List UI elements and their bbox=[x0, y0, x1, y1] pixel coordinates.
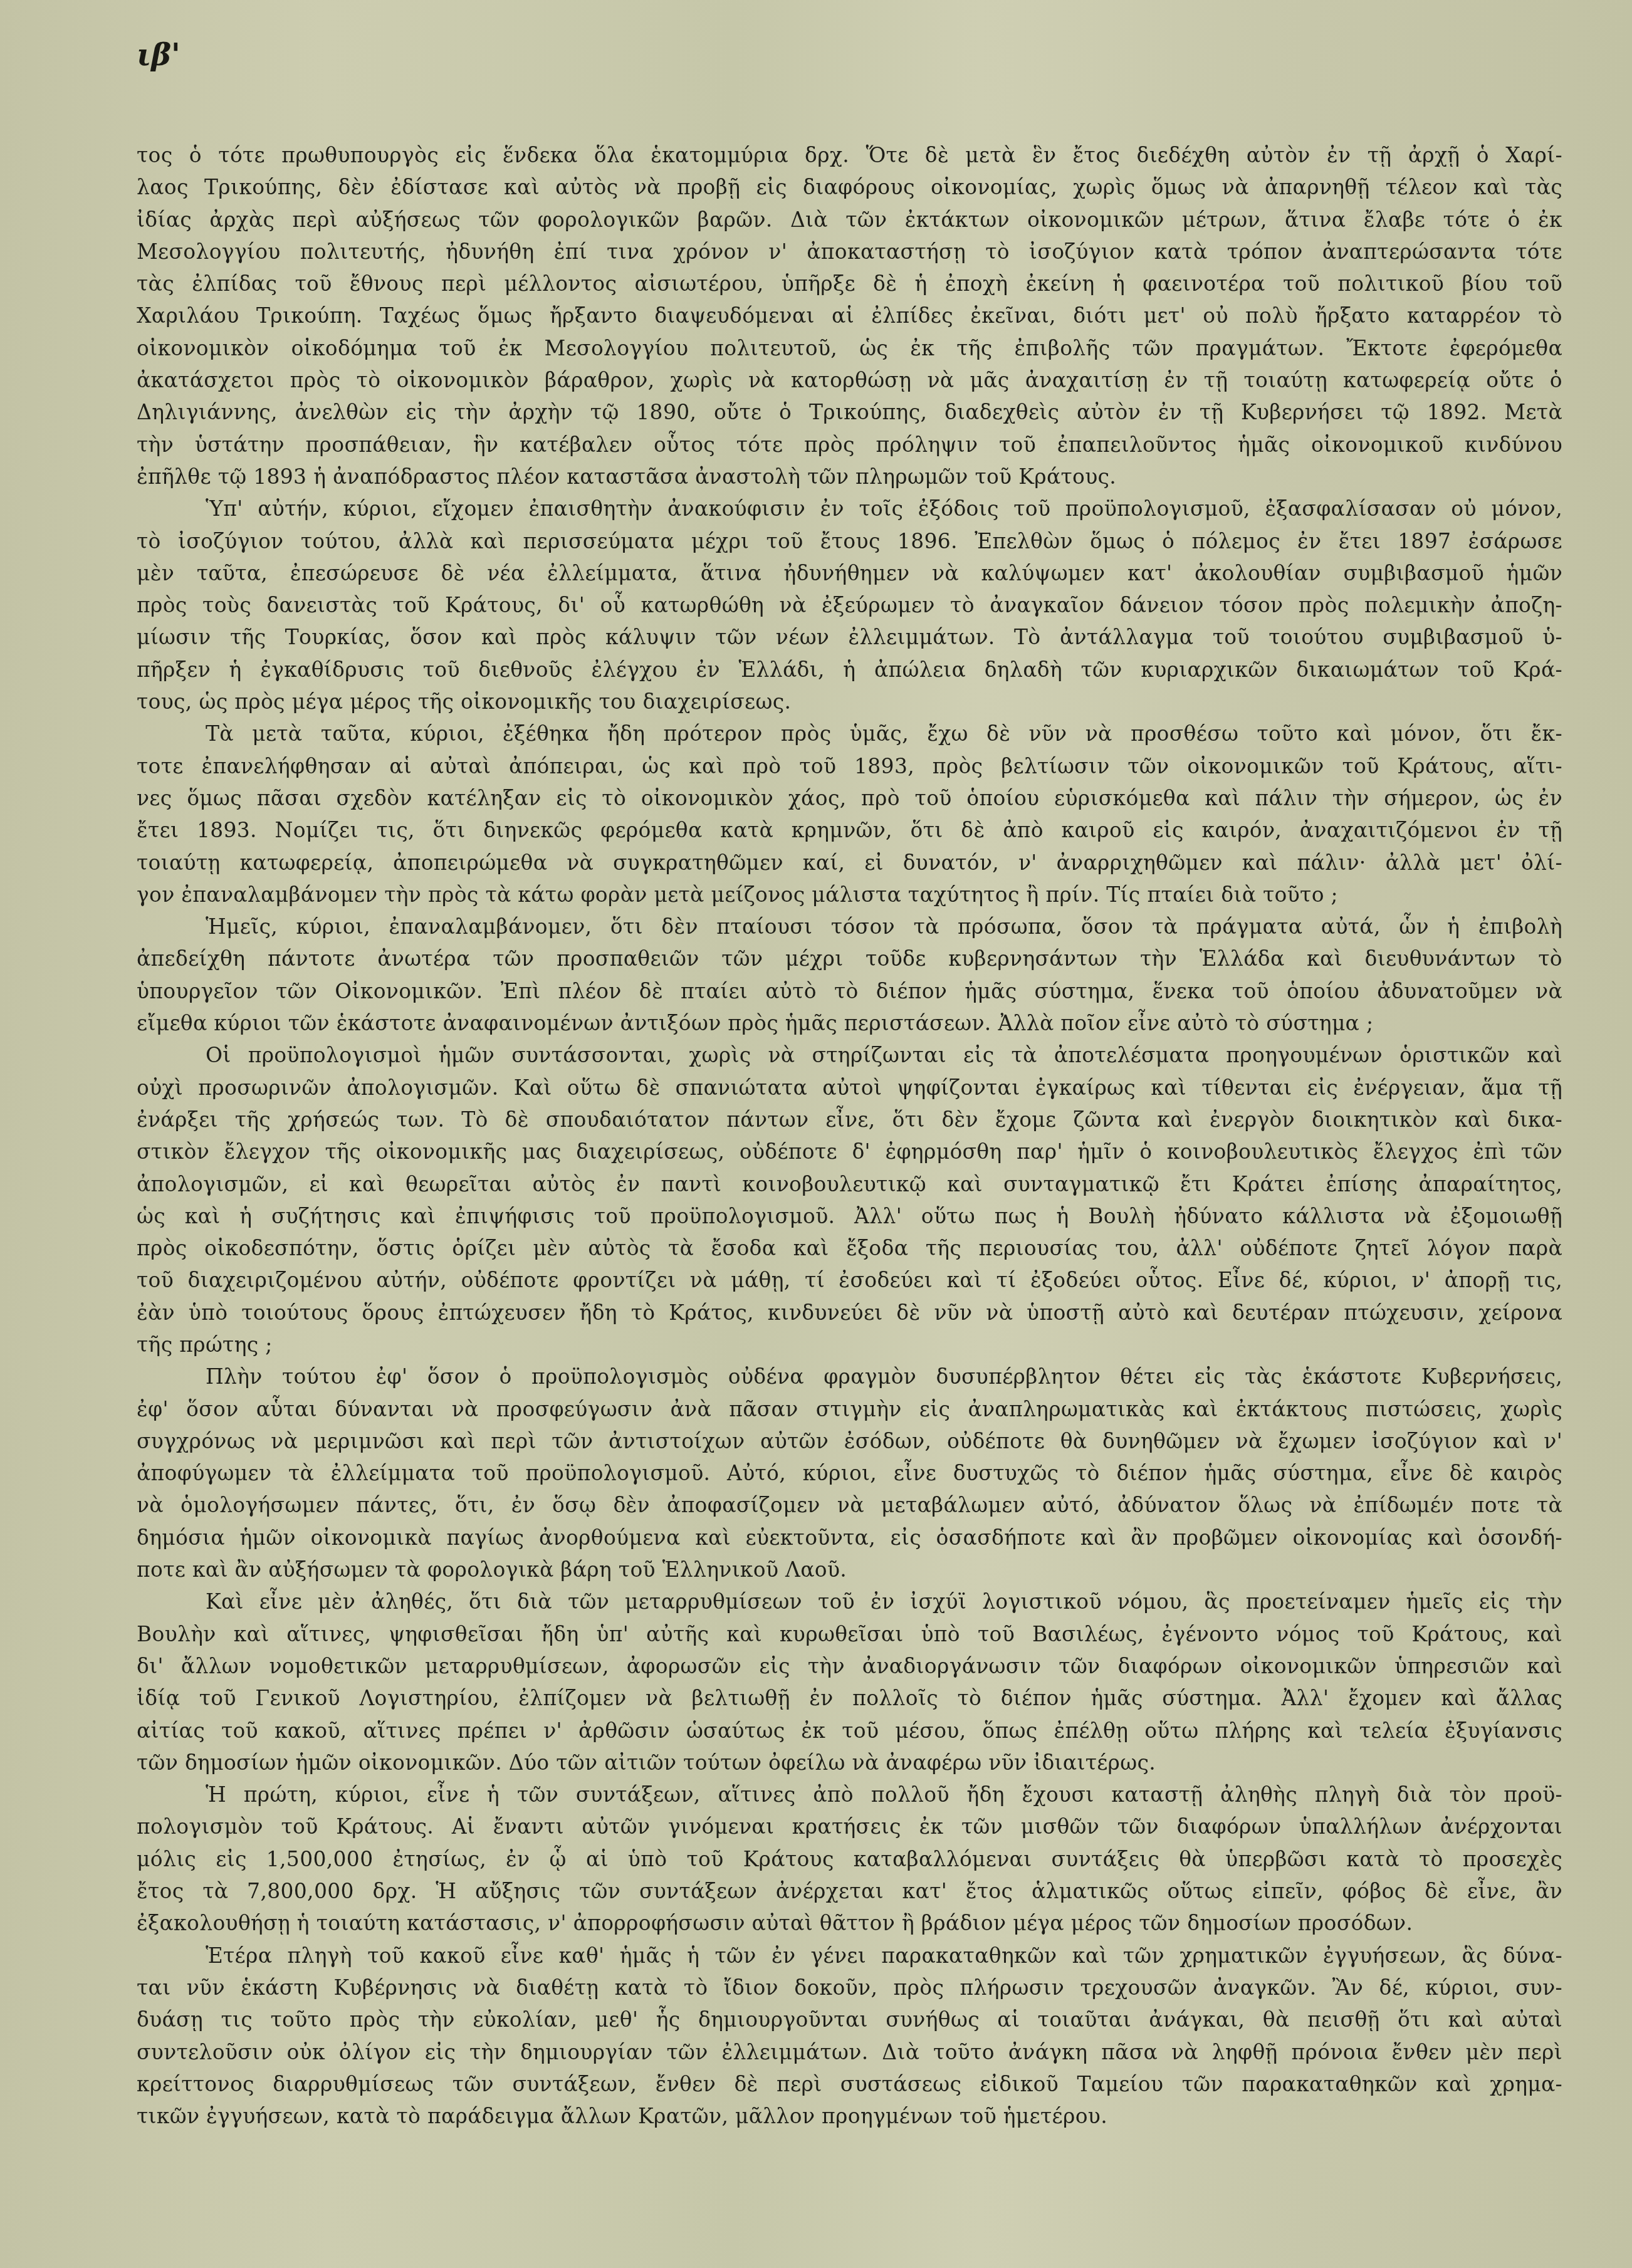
paragraph-2: Ὑπ' αὐτήν, κύριοι, εἴχομεν ἐπαισθητὴν ἀν… bbox=[137, 493, 1562, 718]
text-line: Βουλὴν καὶ αἵτινες, ψηφισθεῖσαι ἤδη ὑπ' … bbox=[137, 1618, 1562, 1650]
text-line: οὐχὶ προσωρινῶν ἀπολογισμῶν. Καὶ οὕτω δὲ… bbox=[137, 1072, 1562, 1104]
paragraph-9: Ἑτέρα πληγὴ τοῦ κακοῦ εἶνε καθ' ἡμᾶς ἡ τ… bbox=[137, 1940, 1562, 2133]
text-line: Οἱ προϋπολογισμοὶ ἡμῶν συντάσσονται, χωρ… bbox=[137, 1039, 1562, 1071]
text-line: κρείττονος διαρρυθμίσεως τῶν συντάξεων, … bbox=[137, 2068, 1562, 2100]
text-line: μὲν ταῦτα, ἐπεσώρευσε δὲ νέα ἐλλείμματα,… bbox=[137, 557, 1562, 589]
text-line: ἀποφύγωμεν τὰ ἐλλείμματα τοῦ προϋπολογισ… bbox=[137, 1457, 1562, 1489]
text-line: πολογισμὸν τοῦ Κράτους. Αἱ ἔναντι αὐτῶν … bbox=[137, 1811, 1562, 1842]
text-line: νὰ ὁμολογήσωμεν πάντες, ὅτι, ἐν ὅσῳ δὲν … bbox=[137, 1489, 1562, 1521]
text-line: πρὸς οἰκοδεσπότην, ὅστις ὁρίζει μὲν αὐτὸ… bbox=[137, 1232, 1562, 1264]
text-line: πῆρξεν ἡ ἐγκαθίδρυσις τοῦ διεθνοῦς ἐλέγχ… bbox=[137, 654, 1562, 686]
text-line: τοτε ἐπανελήφθησαν αἱ αὐταὶ ἀπόπειραι, ὡ… bbox=[137, 750, 1562, 782]
text-line: Χαριλάου Τρικούπη. Ταχέως ὅμως ἤρξαντο δ… bbox=[137, 300, 1562, 332]
text-line: συντελοῦσιν οὐκ ὀλίγον εἰς τὴν δημιουργί… bbox=[137, 2036, 1562, 2068]
text-line: ἐνάρξει τῆς χρήσεώς των. Τὸ δὲ σπουδαιότ… bbox=[137, 1104, 1562, 1136]
text-line: τοιαύτῃ κατωφερείᾳ, ἀποπειρώμεθα νὰ συγκ… bbox=[137, 847, 1562, 879]
text-line: τὴν ὑστάτην προσπάθειαν, ἣν κατέβαλεν οὗ… bbox=[137, 429, 1562, 461]
text-line: τικῶν ἐγγυήσεων, κατὰ τὸ παράδειγμα ἄλλω… bbox=[137, 2100, 1562, 2132]
text-line: ἐφ' ὅσον αὗται δύνανται νὰ προσφεύγωσιν … bbox=[137, 1393, 1562, 1425]
text-line: ἀπολογισμῶν, εἰ καὶ θεωρεῖται αὐτὸς ἐν π… bbox=[137, 1168, 1562, 1200]
text-line: εἴμεθα κύριοι τῶν ἑκάστοτε ἀναφαινομένων… bbox=[137, 1007, 1562, 1039]
text-line: δι' ἄλλων νομοθετικῶν μεταρρυθμίσεων, ἀφ… bbox=[137, 1650, 1562, 1682]
text-line: δημόσια ἡμῶν οἰκονομικὰ παγίως ἀνορθούμε… bbox=[137, 1522, 1562, 1554]
text-line: αἰτίας τοῦ κακοῦ, αἵτινες πρέπει ν' ἀρθῶ… bbox=[137, 1715, 1562, 1747]
text-line: Μεσολογγίου πολιτευτής, ἠδυνήθη ἐπί τινα… bbox=[137, 236, 1562, 268]
paragraph-5: Οἱ προϋπολογισμοὶ ἡμῶν συντάσσονται, χωρ… bbox=[137, 1039, 1562, 1361]
text-line: ποτε καὶ ἂν αὐξήσωμεν τὰ φορολογικὰ βάρη… bbox=[137, 1554, 1562, 1586]
text-line: λαος Τρικούπης, δὲν ἐδίστασε καὶ αὐτὸς ν… bbox=[137, 171, 1562, 203]
text-line: γον ἐπαναλαμβάνομεν τὴν πρὸς τὰ κάτω φορ… bbox=[137, 879, 1562, 911]
text-line: ἀπεδείχθη πάντοτε ἀνωτέρα τῶν προσπαθειῶ… bbox=[137, 943, 1562, 975]
text-line: μόλις εἰς 1,500,000 ἐτησίως, ἐν ᾧ αἱ ὑπὸ… bbox=[137, 1843, 1562, 1875]
text-line: τὰς ἐλπίδας τοῦ ἔθνους περὶ μέλλοντος αἰ… bbox=[137, 268, 1562, 300]
text-line: Πλὴν τούτου ἐφ' ὅσον ὁ προϋπολογισμὸς οὐ… bbox=[137, 1361, 1562, 1393]
body-text: τος ὁ τότε πρωθυπουργὸς εἰς ἕνδεκα ὅλα ἑ… bbox=[137, 139, 1562, 2132]
paragraph-1: τος ὁ τότε πρωθυπουργὸς εἰς ἕνδεκα ὅλα ἑ… bbox=[137, 139, 1562, 493]
text-line: τος ὁ τότε πρωθυπουργὸς εἰς ἕνδεκα ὅλα ἑ… bbox=[137, 139, 1562, 171]
text-line: Ἑτέρα πληγὴ τοῦ κακοῦ εἶνε καθ' ἡμᾶς ἡ τ… bbox=[137, 1940, 1562, 1972]
text-line: συγχρόνως νὰ μεριμνῶσι καὶ περὶ τῶν ἀντι… bbox=[137, 1425, 1562, 1457]
page-number: ιβ' bbox=[137, 38, 180, 73]
text-line: Καὶ εἶνε μὲν ἀληθές, ὅτι διὰ τῶν μεταρρυ… bbox=[137, 1586, 1562, 1617]
text-line: ἀκατάσχετοι πρὸς τὸ οἰκονομικὸν βάραθρον… bbox=[137, 364, 1562, 396]
text-line: ἐπῆλθε τῷ 1893 ἡ ἀναπόδραστος πλέον κατα… bbox=[137, 461, 1562, 493]
text-line: τὸ ἰσοζύγιον τούτου, ἀλλὰ καὶ περισσεύμα… bbox=[137, 525, 1562, 557]
text-line: ἐὰν ὑπὸ τοιούτους ὅρους ἐπτώχευσεν ἤδη τ… bbox=[137, 1297, 1562, 1329]
paragraph-6: Πλὴν τούτου ἐφ' ὅσον ὁ προϋπολογισμὸς οὐ… bbox=[137, 1361, 1562, 1586]
text-line: ἰδίᾳ τοῦ Γενικοῦ Λογιστηρίου, ἐλπίζομεν … bbox=[137, 1682, 1562, 1714]
text-line: δυάσῃ τις τοῦτο πρὸς τὴν εὐκολίαν, μεθ' … bbox=[137, 2004, 1562, 2035]
text-line: τους, ὡς πρὸς μέγα μέρος τῆς οἰκονομικῆς… bbox=[137, 686, 1562, 718]
text-line: Τὰ μετὰ ταῦτα, κύριοι, ἐξέθηκα ἤδη πρότε… bbox=[137, 718, 1562, 750]
text-line: Ὑπ' αὐτήν, κύριοι, εἴχομεν ἐπαισθητὴν ἀν… bbox=[137, 493, 1562, 525]
text-line: Ἡμεῖς, κύριοι, ἐπαναλαμβάνομεν, ὅτι δὲν … bbox=[137, 911, 1562, 943]
text-line: ἰδίας ἀρχὰς περὶ αὐξήσεως τῶν φορολογικῶ… bbox=[137, 204, 1562, 236]
text-line: ἔτος τὰ 7,800,000 δρχ. Ἡ αὔξησις τῶν συν… bbox=[137, 1875, 1562, 1907]
text-line: στικὸν ἔλεγχον τῆς οἰκονομικῆς μας διαχε… bbox=[137, 1136, 1562, 1168]
text-line: Ἡ πρώτη, κύριοι, εἶνε ἡ τῶν συντάξεων, α… bbox=[137, 1779, 1562, 1811]
text-line: ἐξακολουθήσῃ ἡ τοιαύτη κατάστασις, ν' ἀπ… bbox=[137, 1907, 1562, 1939]
text-line: ὑπουργεῖον τῶν Οἰκονομικῶν. Ἐπὶ πλέον δὲ… bbox=[137, 975, 1562, 1007]
text-line: ἔτει 1893. Νομίζει τις, ὅτι διηνεκῶς φερ… bbox=[137, 814, 1562, 846]
text-line: τῆς πρώτης ; bbox=[137, 1329, 1562, 1361]
text-line: τῶν δημοσίων ἡμῶν οἰκονομικῶν. Δύο τῶν α… bbox=[137, 1747, 1562, 1779]
text-line: Δηλιγιάννης, ἀνελθὼν εἰς τὴν ἀρχὴν τῷ 18… bbox=[137, 396, 1562, 428]
text-line: νες ὅμως πᾶσαι σχεδὸν κατέληξαν εἰς τὸ ο… bbox=[137, 782, 1562, 814]
text-line: ται νῦν ἑκάστη Κυβέρνησις νὰ διαθέτῃ κατ… bbox=[137, 1972, 1562, 2004]
text-line: ὡς καὶ ἡ συζήτησις καὶ ἐπιψήφισις τοῦ πρ… bbox=[137, 1200, 1562, 1232]
paragraph-8: Ἡ πρώτη, κύριοι, εἶνε ἡ τῶν συντάξεων, α… bbox=[137, 1779, 1562, 1939]
text-line: μίωσιν τῆς Τουρκίας, ὅσον καὶ πρὸς κάλυψ… bbox=[137, 621, 1562, 653]
paragraph-4: Ἡμεῖς, κύριοι, ἐπαναλαμβάνομεν, ὅτι δὲν … bbox=[137, 911, 1562, 1039]
paragraph-7: Καὶ εἶνε μὲν ἀληθές, ὅτι διὰ τῶν μεταρρυ… bbox=[137, 1586, 1562, 1779]
text-line: πρὸς τοὺς δανειστὰς τοῦ Κράτους, δι' οὗ … bbox=[137, 589, 1562, 621]
text-line: τοῦ διαχειριζομένου αὐτήν, οὐδέποτε φρον… bbox=[137, 1264, 1562, 1296]
text-line: οἰκονομικὸν οἰκοδόμημα τοῦ ἐκ Μεσολογγίο… bbox=[137, 332, 1562, 364]
paragraph-3: Τὰ μετὰ ταῦτα, κύριοι, ἐξέθηκα ἤδη πρότε… bbox=[137, 718, 1562, 911]
